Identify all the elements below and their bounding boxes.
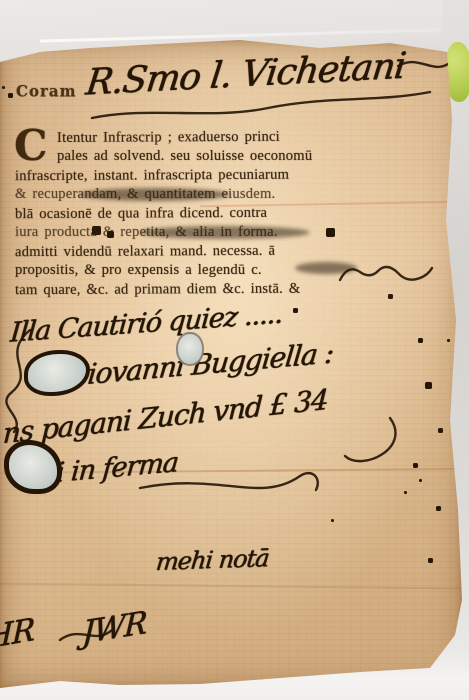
coram-label: Coram (16, 81, 76, 100)
printed-line: Itentur Infrascrip ; exaduerso princi (15, 127, 447, 148)
signature-monogram-right: JWR (81, 605, 147, 652)
handwritten-line: Illa Cautirió quiez ..... (9, 298, 284, 348)
paper-damage-hole (176, 332, 204, 366)
printed-line: pales ad solvend. seu soluisse oeconomū (15, 147, 447, 166)
photo-canvas: Coram R.Smo l. Vichetani C Itentur Infra… (0, 0, 469, 700)
paper-damage-hole (4, 440, 62, 494)
printed-line: propositis, & pro expensis a legendū c. (15, 261, 447, 280)
printed-line: admitti videndū relaxari mand. necessa. … (15, 241, 447, 262)
ink-smear (295, 262, 357, 274)
printed-line: blā ocasionē de qua infra dicend. contra (15, 203, 447, 224)
ink-smear (80, 188, 230, 201)
paper-crease-lower (0, 583, 462, 590)
printed-paragraph: Itentur Infrascrip ; exaduerso princi pa… (15, 128, 447, 299)
handwritten-header: R.Smo l. Vichetani (84, 45, 408, 103)
printed-line: tam quare, &c. ad primam diem &c. instā.… (15, 279, 447, 300)
printed-line: infrascripte, instant. infrascripta pecu… (15, 165, 447, 186)
handwritten-note: mehi notā (155, 544, 270, 576)
document-paper: Coram R.Smo l. Vichetani C Itentur Infra… (0, 40, 462, 688)
signature-monogram-left: HR (0, 611, 35, 656)
ink-smear (140, 226, 310, 239)
